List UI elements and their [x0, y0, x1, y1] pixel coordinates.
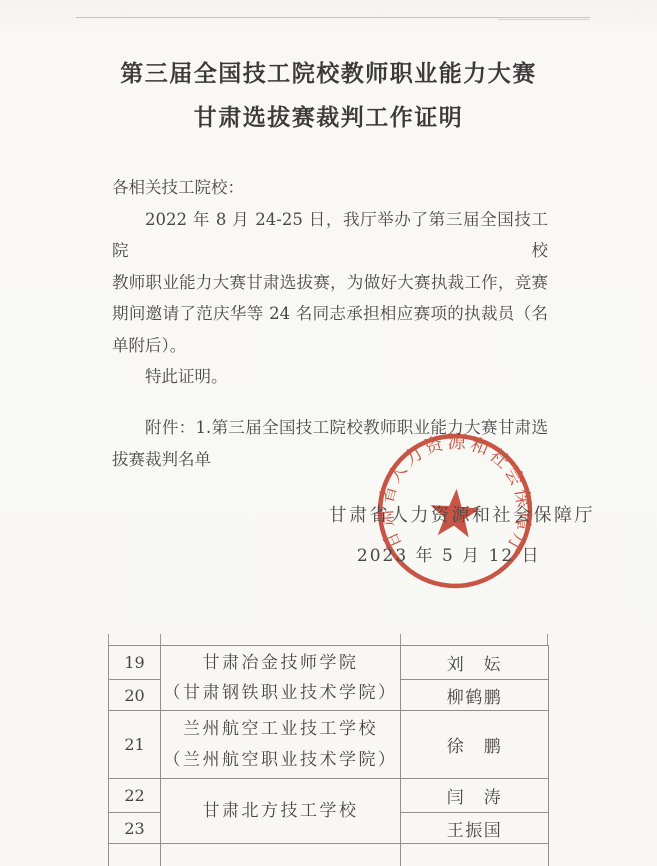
judge-name-cell: 王振国: [401, 813, 549, 844]
row-number-cell: 20: [109, 680, 161, 711]
row-number-cell: 19: [109, 646, 161, 680]
scanned-document-page: 第三届全国技工院校教师职业能力大赛 甘肃选拔赛裁判工作证明 各相关技工院校： 2…: [0, 0, 657, 866]
school-name-line: 甘肃冶金技师学院: [161, 648, 400, 678]
signature-agency: 甘肃省人力资源和社会保障厅: [329, 503, 596, 529]
title-line-2: 甘肃选拔赛裁判工作证明: [0, 96, 657, 140]
school-name-line: （兰州航空职业技术学院）: [161, 745, 400, 776]
school-cell: 甘肃北方技工学校: [161, 779, 401, 844]
salutation: 各相关技工院校：: [112, 172, 548, 204]
judges-table: 19 甘肃冶金技师学院 （甘肃钢铁职业技术学院） 刘 妘 20 柳鹤鹏 21 兰…: [108, 645, 549, 866]
empty-cell: [109, 844, 161, 866]
judge-name-cell: 柳鹤鹏: [401, 680, 549, 711]
judge-name-cell: 闫 涛: [401, 779, 549, 813]
row-number-cell: 23: [109, 813, 161, 844]
table-row-partial: [109, 844, 549, 866]
body-line: 教师职业能力大赛甘肃选拔赛，为做好大赛执裁工作，竞赛: [112, 267, 548, 299]
title-line-1: 第三届全国技工院校教师职业能力大赛: [0, 52, 657, 96]
row-number-cell: 22: [109, 779, 161, 813]
row-number-cell: 21: [109, 711, 161, 779]
school-name-line: 甘肃北方技工学校: [161, 796, 400, 826]
body-line: 期间邀请了范庆华等 24 名同志承担相应赛项的执裁员（名: [112, 298, 548, 330]
empty-cell: [401, 844, 549, 866]
judge-name-cell: 徐 鹏: [401, 711, 549, 779]
table-cut-stub: [108, 634, 109, 645]
table-cut-stub: [160, 634, 161, 645]
scan-artifact-line: [76, 17, 590, 18]
table-cut-stub: [400, 634, 401, 645]
body-line: 单附后）。: [112, 330, 548, 362]
table-row: 21 兰州航空工业技工学校 （兰州航空职业技术学院） 徐 鹏: [109, 711, 549, 779]
table-row: 22 甘肃北方技工学校 闫 涛: [109, 779, 549, 813]
judge-name-cell: 刘 妘: [401, 646, 549, 680]
school-cell: 兰州航空工业技工学校 （兰州航空职业技术学院）: [161, 711, 401, 779]
empty-cell: [161, 844, 401, 866]
signature-date: 2023 年 5 月 12 日: [329, 543, 570, 569]
document-title: 第三届全国技工院校教师职业能力大赛 甘肃选拔赛裁判工作证明: [0, 52, 657, 140]
school-cell: 甘肃冶金技师学院 （甘肃钢铁职业技术学院）: [161, 646, 401, 711]
school-name-line: 兰州航空工业技工学校: [161, 714, 400, 745]
table-cut-stub: [547, 634, 548, 645]
school-name-line: （甘肃钢铁职业技术学院）: [161, 678, 400, 708]
body-line: 2022 年 8 月 24-25 日，我厅举办了第三届全国技工院校: [112, 204, 548, 267]
signature-block: 甘肃省人力资源和社会保障厅 2023 年 5 月 12 日: [329, 503, 596, 569]
scan-artifact-line-2: [498, 19, 590, 20]
closing-line: 特此证明。: [112, 361, 548, 393]
table-row: 19 甘肃冶金技师学院 （甘肃钢铁职业技术学院） 刘 妘: [109, 646, 549, 680]
document-body: 各相关技工院校： 2022 年 8 月 24-25 日，我厅举办了第三届全国技工…: [112, 172, 548, 393]
